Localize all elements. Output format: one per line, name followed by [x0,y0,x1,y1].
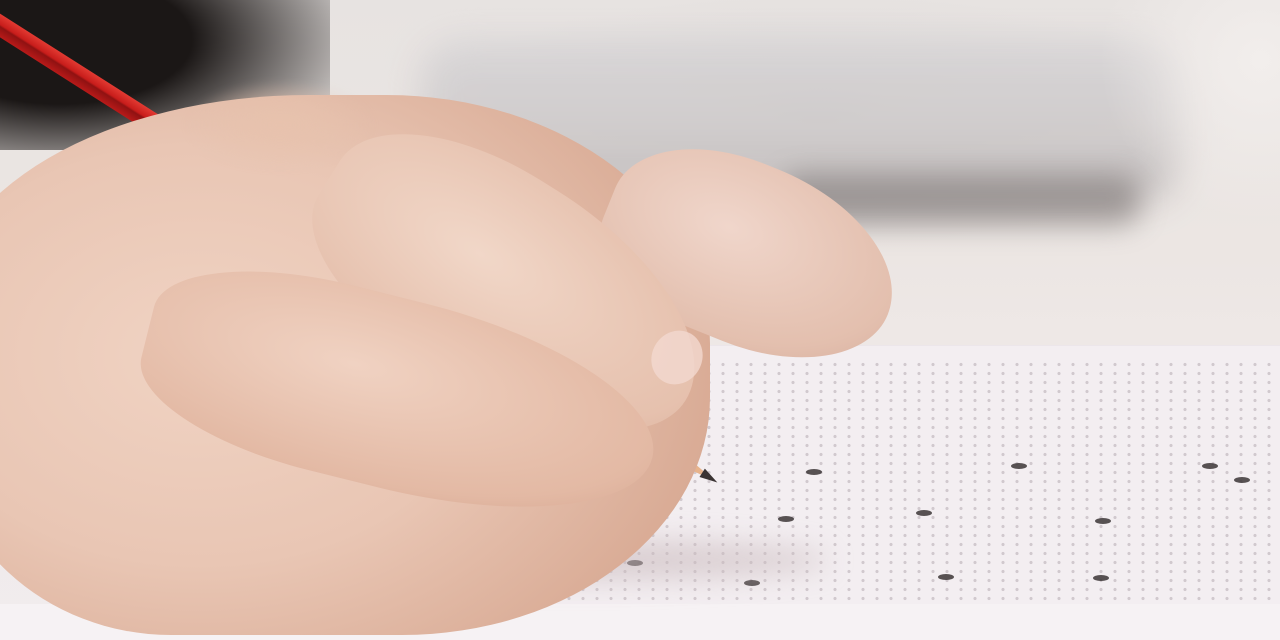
filled-bubble [938,574,954,580]
filled-bubble [1095,518,1111,524]
filled-bubble [916,510,932,516]
filled-bubble [806,469,822,475]
filled-bubble [1011,463,1027,469]
background-highlight [1060,0,1280,260]
filled-bubble [744,580,760,586]
filled-bubble [1093,575,1109,581]
filled-bubble [778,516,794,522]
photo-scene [0,0,1280,640]
filled-bubble [1234,477,1250,483]
filled-bubble [1202,463,1218,469]
